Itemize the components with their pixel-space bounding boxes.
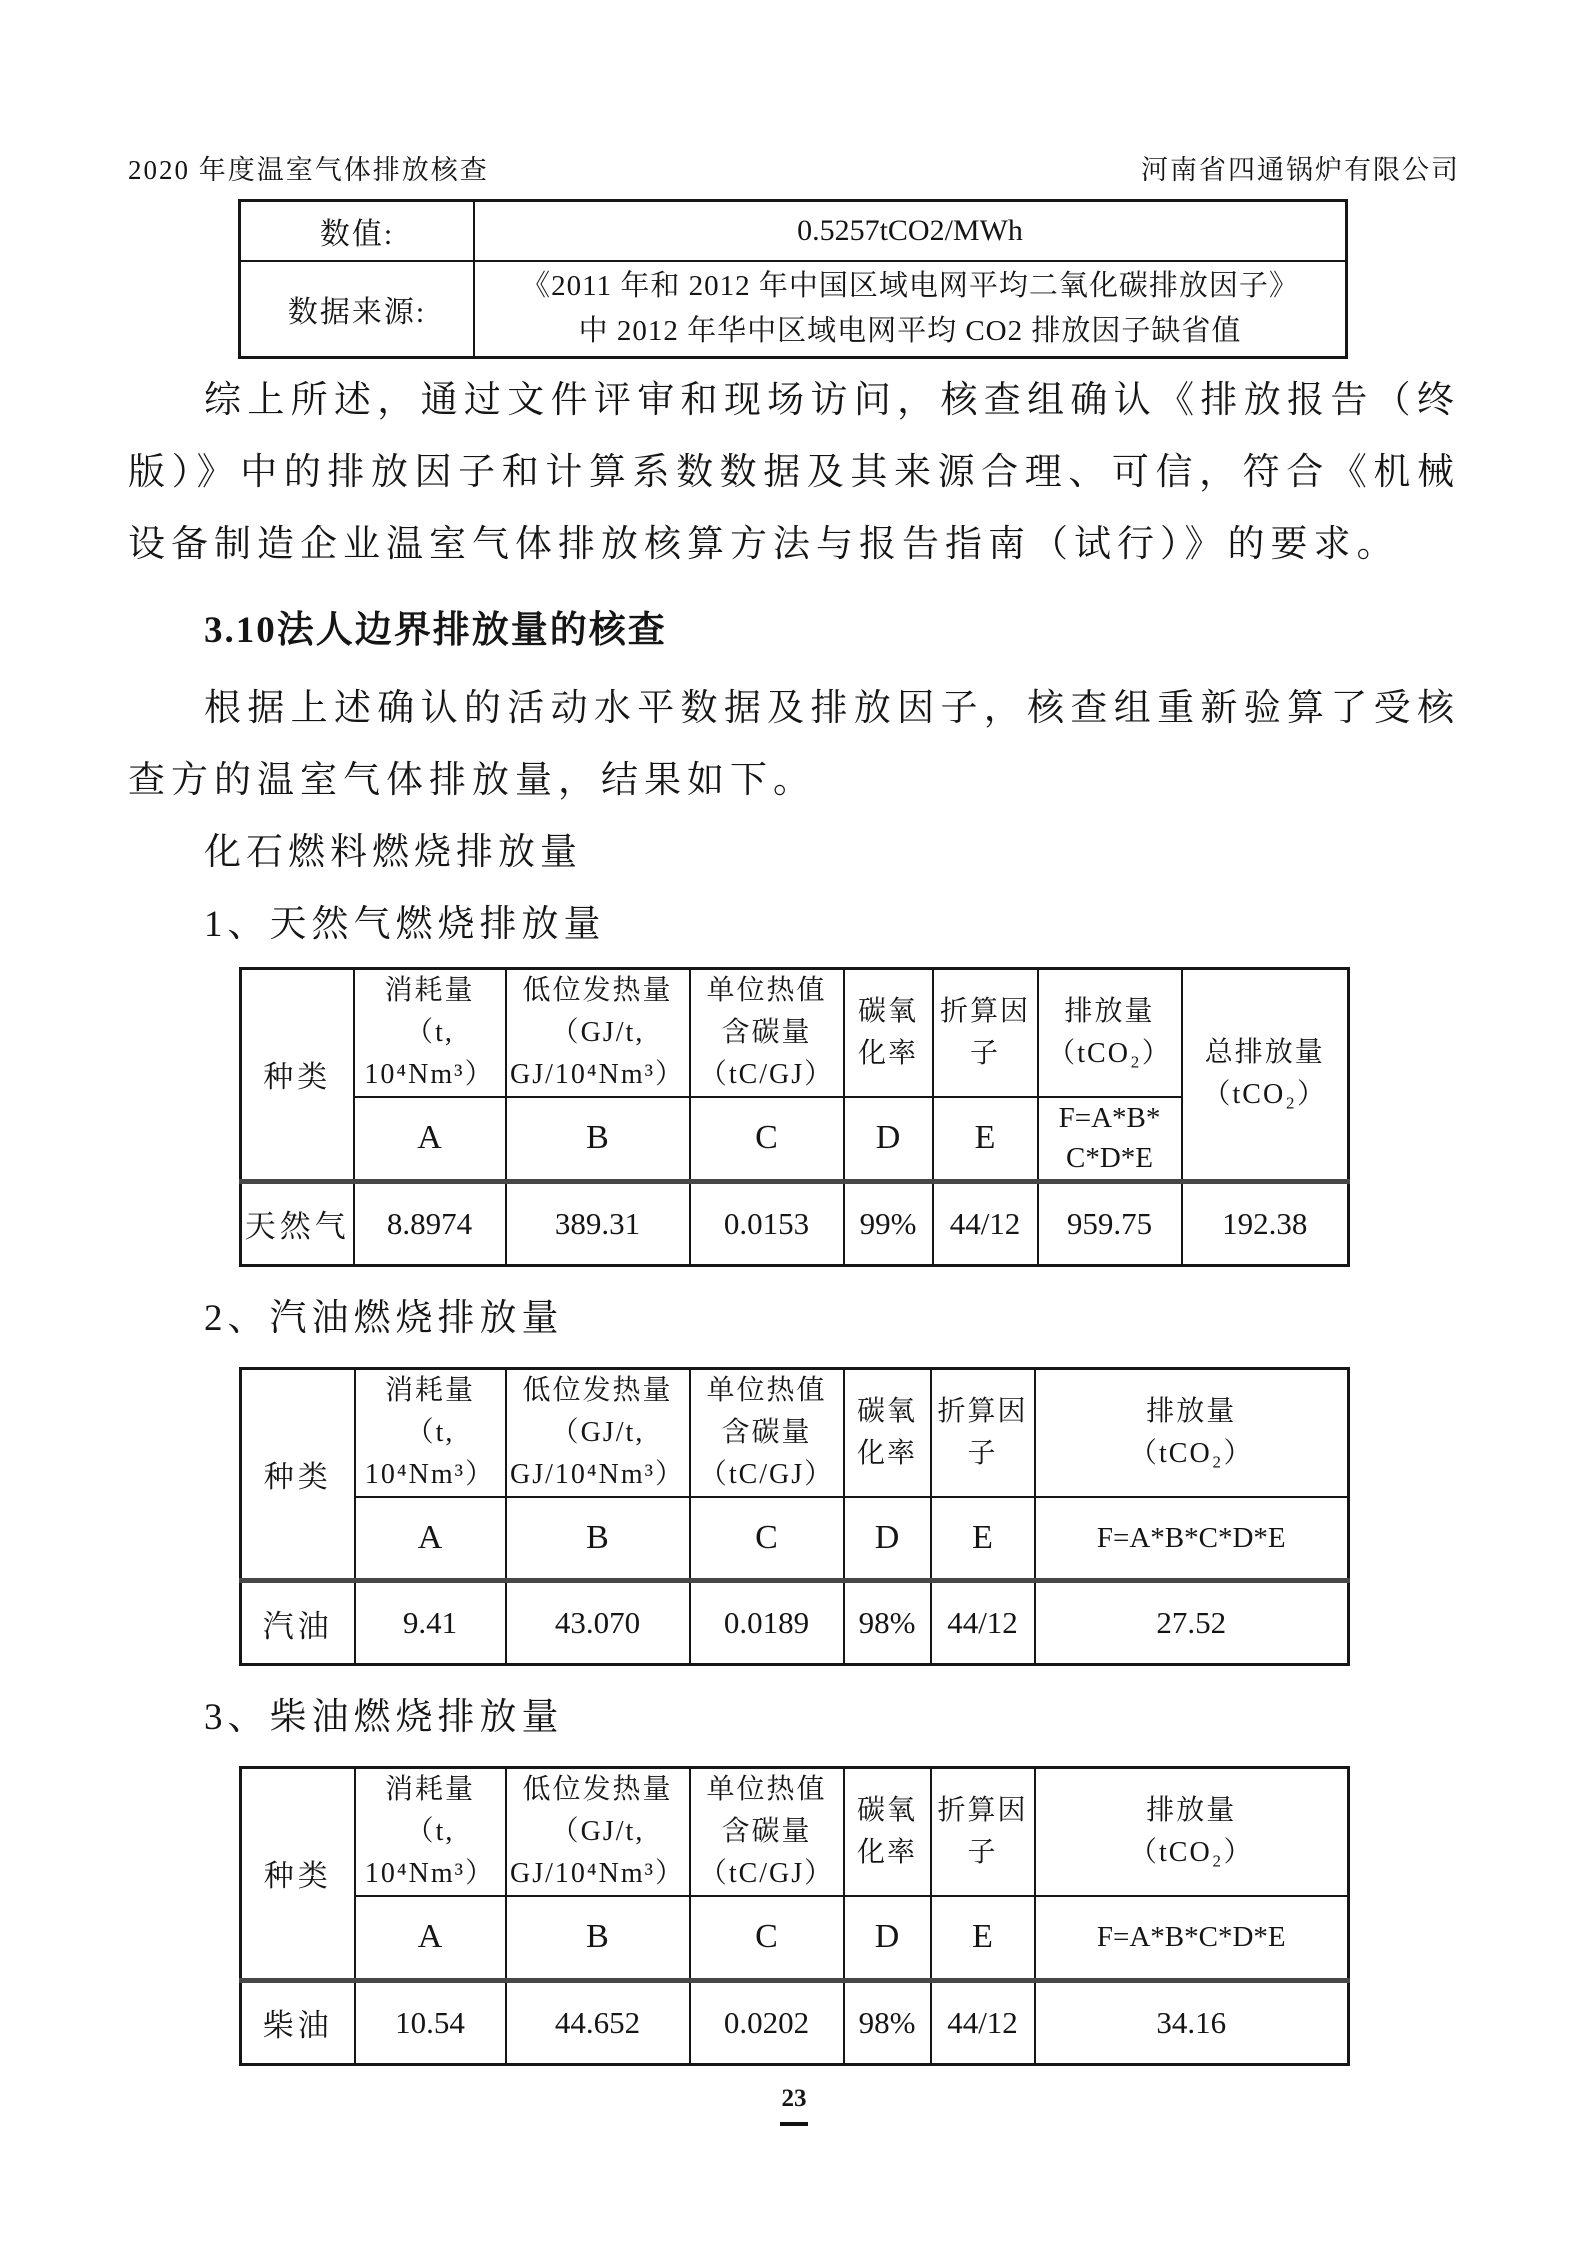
header-line: 单位热值 bbox=[691, 970, 843, 1012]
header-line: 化率 bbox=[845, 1832, 930, 1874]
cell-b: 44.652 bbox=[506, 1980, 690, 2064]
cell-a: 8.8974 bbox=[354, 1181, 506, 1265]
fossil-fuel-title: 化石燃料燃烧排放量 bbox=[128, 817, 1460, 889]
header-line: 低位发热量 bbox=[507, 970, 689, 1012]
page-number: 23 bbox=[0, 2085, 1588, 2113]
letter-a: A bbox=[355, 1896, 506, 1980]
letter-b: B bbox=[506, 1896, 690, 1980]
header-line: GJ/10⁴Nm³） bbox=[507, 1853, 689, 1895]
header-line: 低位发热量 bbox=[507, 1769, 689, 1811]
summary-paragraph: 综上所述，通过文件评审和现场访问，核查组确认《排放报告（终版）》中的排放因子和计… bbox=[128, 365, 1460, 581]
header-line: （t, bbox=[356, 1811, 505, 1853]
header-company-name: 河南省四通锅炉有限公司 bbox=[1141, 148, 1460, 187]
header-line: 排放量 bbox=[1039, 991, 1181, 1033]
document-page: { "header": { "left_title": "2020 年度温室气体… bbox=[0, 0, 1588, 2245]
cell-c: 0.0202 bbox=[690, 1980, 844, 2064]
col-header-heating-value: 低位发热量 （GJ/t, GJ/10⁴Nm³） bbox=[506, 1768, 690, 1897]
factor-value: 0.5257tCO2/MWh bbox=[474, 201, 1347, 261]
cell-e: 44/12 bbox=[931, 1980, 1035, 2064]
cell-f: 27.52 bbox=[1035, 1581, 1349, 1665]
col-header-carbon-content: 单位热值 含碳量 （tC/GJ） bbox=[690, 969, 844, 1098]
header-line: （tC/GJ） bbox=[691, 1454, 843, 1496]
factor-source: 《2011 年和 2012 年中国区域电网平均二氧化碳排放因子》 中 2012 … bbox=[474, 261, 1347, 358]
header-line: 碳氧 bbox=[845, 991, 932, 1033]
formula-cell: F=A*B* C*D*E bbox=[1038, 1097, 1182, 1181]
header-line: 低位发热量 bbox=[507, 1370, 689, 1412]
header-line: （GJ/t, bbox=[507, 1012, 689, 1054]
col-header-conversion-factor: 折算因 子 bbox=[933, 969, 1038, 1098]
col-header-heating-value: 低位发热量 （GJ/t, GJ/10⁴Nm³） bbox=[506, 1368, 690, 1497]
letter-b: B bbox=[506, 1497, 690, 1581]
table-row: 数据来源: 《2011 年和 2012 年中国区域电网平均二氧化碳排放因子》 中… bbox=[240, 261, 1347, 358]
letter-c: C bbox=[690, 1896, 844, 1980]
cell-d: 98% bbox=[844, 1980, 931, 2064]
cell-f: 34.16 bbox=[1035, 1980, 1349, 2064]
col-header-total-emission: 总排放量 （tCO₂） bbox=[1182, 969, 1349, 1182]
letter-e: E bbox=[931, 1497, 1035, 1581]
diesel-table-title: 3、柴油燃烧排放量 bbox=[128, 1682, 1460, 1754]
col-header-consumption: 消耗量 （t, 10⁴Nm³） bbox=[355, 1368, 506, 1497]
header-line: （tC/GJ） bbox=[691, 1853, 843, 1895]
header-line: （GJ/t, bbox=[507, 1811, 689, 1853]
gasoline-table-title: 2、汽油燃烧排放量 bbox=[128, 1283, 1460, 1355]
col-header-conversion-factor: 折算因 子 bbox=[931, 1368, 1035, 1497]
col-header-heating-value: 低位发热量 （GJ/t, GJ/10⁴Nm³） bbox=[506, 969, 690, 1098]
letter-e: E bbox=[933, 1097, 1038, 1181]
letter-d: D bbox=[844, 1097, 933, 1181]
table-header-row: 种类 消耗量 （t, 10⁴Nm³） 低位发热量 （GJ/t, GJ/10⁴Nm… bbox=[241, 969, 1349, 1098]
header-report-title: 2020 年度温室气体排放核查 bbox=[128, 148, 489, 187]
header-line: 总排放量 bbox=[1183, 1032, 1348, 1074]
factor-source-label: 数据来源: bbox=[240, 261, 475, 358]
header-line: （tCO₂） bbox=[1183, 1074, 1348, 1116]
header-line: （tCO₂） bbox=[1036, 1433, 1348, 1475]
header-line: 10⁴Nm³） bbox=[355, 1054, 505, 1096]
header-line: 子 bbox=[932, 1433, 1034, 1475]
col-header-kind: 种类 bbox=[241, 1768, 355, 1981]
natural-gas-emission-table: 种类 消耗量 （t, 10⁴Nm³） 低位发热量 （GJ/t, GJ/10⁴Nm… bbox=[239, 967, 1350, 1267]
header-line: 碳氧 bbox=[845, 1790, 930, 1832]
table-data-row: 汽油 9.41 43.070 0.0189 98% 44/12 27.52 bbox=[241, 1581, 1349, 1665]
col-header-emission: 排放量 （tCO₂） bbox=[1035, 1368, 1349, 1497]
header-line: 含碳量 bbox=[691, 1412, 843, 1454]
table-letter-row: A B C D E F=A*B*C*D*E bbox=[241, 1896, 1349, 1980]
header-line: 含碳量 bbox=[691, 1811, 843, 1853]
cell-e: 44/12 bbox=[931, 1581, 1035, 1665]
col-header-kind: 种类 bbox=[241, 1368, 355, 1581]
factor-source-line2: 中 2012 年华中区域电网平均 CO2 排放因子缺省值 bbox=[476, 309, 1344, 354]
col-header-oxidation-rate: 碳氧 化率 bbox=[844, 1768, 931, 1897]
table-header-row: 种类 消耗量 （t, 10⁴Nm³） 低位发热量 （GJ/t, GJ/10⁴Nm… bbox=[241, 1768, 1349, 1897]
col-header-oxidation-rate: 碳氧 化率 bbox=[844, 969, 933, 1098]
letter-a: A bbox=[354, 1097, 506, 1181]
cell-a: 10.54 bbox=[355, 1980, 506, 2064]
header-line: 化率 bbox=[845, 1033, 932, 1075]
formula-line: C*D*E bbox=[1039, 1138, 1181, 1178]
table-data-row: 柴油 10.54 44.652 0.0202 98% 44/12 34.16 bbox=[241, 1980, 1349, 2064]
table-header-row: 种类 消耗量 （t, 10⁴Nm³） 低位发热量 （GJ/t, GJ/10⁴Nm… bbox=[241, 1368, 1349, 1497]
header-line: 折算因 bbox=[934, 991, 1037, 1033]
running-header: 2020 年度温室气体排放核查 河南省四通锅炉有限公司 bbox=[128, 0, 1460, 187]
header-line: GJ/10⁴Nm³） bbox=[507, 1054, 689, 1096]
table-row: 数值: 0.5257tCO2/MWh bbox=[240, 201, 1347, 261]
cell-c: 0.0153 bbox=[690, 1181, 844, 1265]
header-line: 排放量 bbox=[1036, 1391, 1348, 1433]
header-line: GJ/10⁴Nm³） bbox=[507, 1454, 689, 1496]
page-footer: 23 bbox=[0, 2085, 1588, 2126]
cell-d: 99% bbox=[844, 1181, 933, 1265]
header-line: （t, bbox=[355, 1012, 505, 1054]
cell-e: 44/12 bbox=[933, 1181, 1038, 1265]
col-header-consumption: 消耗量 （t, 10⁴Nm³） bbox=[354, 969, 506, 1098]
factor-source-line1: 《2011 年和 2012 年中国区域电网平均二氧化碳排放因子》 bbox=[476, 264, 1344, 309]
col-header-consumption: 消耗量 （t, 10⁴Nm³） bbox=[355, 1768, 506, 1897]
header-line: 含碳量 bbox=[691, 1012, 843, 1054]
page-content: 2020 年度温室气体排放核查 河南省四通锅炉有限公司 数值: 0.5257tC… bbox=[0, 0, 1588, 2066]
col-header-oxidation-rate: 碳氧 化率 bbox=[844, 1368, 931, 1497]
factor-value-label: 数值: bbox=[240, 201, 475, 261]
header-line: （tCO₂） bbox=[1036, 1832, 1348, 1874]
cell-c: 0.0189 bbox=[690, 1581, 844, 1665]
letter-d: D bbox=[844, 1896, 931, 1980]
letter-b: B bbox=[506, 1097, 690, 1181]
table-letter-row: A B C D E F=A*B*C*D*E bbox=[241, 1497, 1349, 1581]
header-line: 化率 bbox=[845, 1433, 930, 1475]
diesel-emission-table: 种类 消耗量 （t, 10⁴Nm³） 低位发热量 （GJ/t, GJ/10⁴Nm… bbox=[239, 1766, 1350, 2066]
col-header-carbon-content: 单位热值 含碳量 （tC/GJ） bbox=[690, 1768, 844, 1897]
header-line: 碳氧 bbox=[845, 1391, 930, 1433]
header-line: （t, bbox=[356, 1412, 505, 1454]
header-line: 消耗量 bbox=[355, 970, 505, 1012]
letter-d: D bbox=[844, 1497, 931, 1581]
header-line: （tC/GJ） bbox=[691, 1054, 843, 1096]
col-header-conversion-factor: 折算因 子 bbox=[931, 1768, 1035, 1897]
col-header-emission: 排放量 （tCO₂） bbox=[1038, 969, 1182, 1098]
cell-b: 43.070 bbox=[506, 1581, 690, 1665]
letter-a: A bbox=[355, 1497, 506, 1581]
header-line: 排放量 bbox=[1036, 1790, 1348, 1832]
emission-factor-source-table: 数值: 0.5257tCO2/MWh 数据来源: 《2011 年和 2012 年… bbox=[238, 199, 1348, 359]
cell-total: 192.38 bbox=[1182, 1181, 1349, 1265]
header-line: 消耗量 bbox=[356, 1769, 505, 1811]
header-line: 单位热值 bbox=[691, 1769, 843, 1811]
header-line: 消耗量 bbox=[356, 1370, 505, 1412]
col-header-carbon-content: 单位热值 含碳量 （tC/GJ） bbox=[690, 1368, 844, 1497]
letter-c: C bbox=[690, 1497, 844, 1581]
cell-b: 389.31 bbox=[506, 1181, 690, 1265]
cell-d: 98% bbox=[844, 1581, 931, 1665]
section-intro-paragraph: 根据上述确认的活动水平数据及排放因子，核查组重新验算了受核查方的温室气体排放量，… bbox=[128, 673, 1460, 817]
cell-kind: 柴油 bbox=[241, 1980, 355, 2064]
header-line: 单位热值 bbox=[691, 1370, 843, 1412]
formula-cell: F=A*B*C*D*E bbox=[1035, 1497, 1349, 1581]
col-header-emission: 排放量 （tCO₂） bbox=[1035, 1768, 1349, 1897]
letter-c: C bbox=[690, 1097, 844, 1181]
table-data-row: 天然气 8.8974 389.31 0.0153 99% 44/12 959.7… bbox=[241, 1181, 1349, 1265]
cell-kind: 天然气 bbox=[241, 1181, 354, 1265]
header-line: 10⁴Nm³） bbox=[356, 1853, 505, 1895]
header-line: 折算因 bbox=[932, 1391, 1034, 1433]
header-line: 子 bbox=[932, 1832, 1034, 1874]
header-line: 子 bbox=[934, 1033, 1037, 1075]
formula-cell: F=A*B*C*D*E bbox=[1035, 1896, 1349, 1980]
letter-e: E bbox=[931, 1896, 1035, 1980]
col-header-kind: 种类 bbox=[241, 969, 354, 1182]
cell-kind: 汽油 bbox=[241, 1581, 355, 1665]
natural-gas-table-title: 1、天然气燃烧排放量 bbox=[128, 889, 1460, 961]
gasoline-emission-table: 种类 消耗量 （t, 10⁴Nm³） 低位发热量 （GJ/t, GJ/10⁴Nm… bbox=[239, 1367, 1350, 1667]
section-heading-3-10: 3.10法人边界排放量的核查 bbox=[128, 595, 1460, 667]
header-line: 10⁴Nm³） bbox=[356, 1454, 505, 1496]
page-number-rule bbox=[780, 2122, 808, 2126]
header-line: （tCO₂） bbox=[1039, 1033, 1181, 1075]
header-line: 折算因 bbox=[932, 1790, 1034, 1832]
cell-a: 9.41 bbox=[355, 1581, 506, 1665]
header-line: （GJ/t, bbox=[507, 1412, 689, 1454]
formula-line: F=A*B* bbox=[1039, 1098, 1181, 1138]
cell-f: 959.75 bbox=[1038, 1181, 1182, 1265]
